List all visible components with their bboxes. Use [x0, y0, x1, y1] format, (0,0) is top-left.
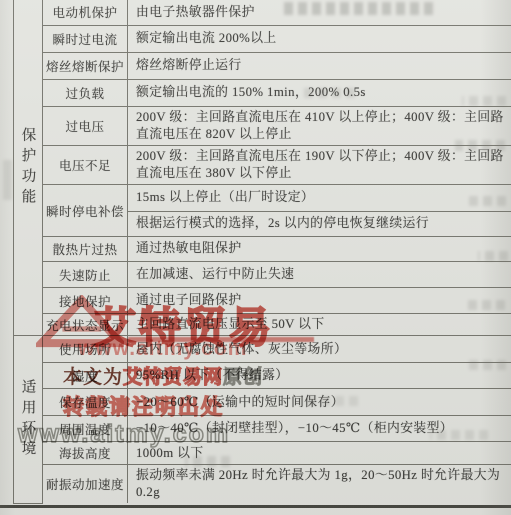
row-label: 电动机保护 — [43, 0, 128, 25]
row-label: 瞬时停电补偿 — [43, 185, 128, 237]
row-value: 额定输出电流 200%以上 — [128, 25, 511, 52]
row-value: 200V 级：主回路直流电压在 190V 以下停止；400V 级：主回路直流电压… — [128, 145, 511, 184]
table-bottom-rule — [0, 505, 511, 508]
table-row: 湿度 95%RH 以下（不得结露） — [14, 363, 511, 389]
row-value: 通过电子回路保护 — [128, 288, 511, 314]
group-header-protection: 保护功能 — [14, 0, 43, 336]
table-row: 接地保护 通过电子回路保护 — [14, 288, 511, 314]
row-value: −10～40℃（封闭壁挂型），−10～45℃（柜内安装型） — [128, 416, 511, 442]
row-value: 95%RH 以下（不得结露） — [128, 363, 511, 389]
row-label: 使用场所 — [43, 336, 128, 363]
group-header-environment: 适用环境 — [14, 336, 43, 504]
table-row: 充电状态显示 主回路直流电压显示至 50V 以下 — [14, 314, 511, 336]
table-row: 瞬时停电补偿 15ms 以上停止（出厂时设定） — [14, 185, 511, 212]
row-value: −20～60℃（运输中的短时间保存） — [128, 389, 511, 416]
table-row: 过负载 额定输出电流的 150% 1min，200% 0.5s — [14, 79, 511, 106]
table-row: 保存温度 −20～60℃（运输中的短时间保存） — [14, 389, 511, 416]
table-row: 耐振动加速度 振动频率未满 20Hz 时允许最大为 1g，20～50Hz 时允许… — [14, 465, 511, 504]
row-label: 过负载 — [43, 79, 128, 106]
row-label: 湿度 — [43, 363, 128, 389]
row-label: 过电压 — [43, 106, 128, 145]
table-row: 适用环境 使用场所 屋内（无腐蚀性气体、灰尘等场所） — [14, 336, 511, 363]
table-row: 散热片过热 通过热敏电阻保护 — [14, 237, 511, 262]
table-row: 失速防止 在加减速、运行中防止失速 — [14, 262, 511, 288]
row-label: 充电状态显示 — [43, 314, 128, 336]
row-value: 由电子热敏器件保护 — [128, 0, 511, 25]
row-value: 200V 级：主回路直流电压在 410V 以上停止；400V 级：主回路直流电压… — [128, 106, 511, 145]
row-value: 根据运行模式的选择，2s 以内的停电恢复继续运行 — [128, 212, 511, 237]
row-value: 主回路直流电压显示至 50V 以下 — [128, 314, 511, 336]
row-label: 周围温度 — [43, 416, 128, 442]
table-row: 海拔高度 1000m 以下 — [14, 442, 511, 465]
table-row: 周围温度 −10～40℃（封闭壁挂型），−10～45℃（柜内安装型） — [14, 416, 511, 442]
spec-table: 保护功能 电动机保护 由电子热敏器件保护 瞬时过电流 额定输出电流 200%以上… — [13, 0, 511, 504]
table-row: 过电压 200V 级：主回路直流电压在 410V 以上停止；400V 级：主回路… — [14, 106, 511, 145]
row-label: 熔丝熔断保护 — [43, 52, 128, 79]
row-label: 海拔高度 — [43, 442, 128, 465]
row-label: 保存温度 — [43, 389, 128, 416]
row-value: 通过热敏电阻保护 — [128, 237, 511, 262]
row-value: 15ms 以上停止（出厂时设定） — [128, 185, 511, 212]
table-row: 保护功能 电动机保护 由电子热敏器件保护 — [14, 0, 511, 25]
row-value: 振动频率未满 20Hz 时允许最大为 1g，20～50Hz 时允许最大为 0.2… — [128, 465, 511, 504]
bleed-through-artifact — [0, 160, 12, 200]
row-label: 散热片过热 — [43, 237, 128, 262]
row-value: 额定输出电流的 150% 1min，200% 0.5s — [128, 79, 511, 106]
table-row: 电压不足 200V 级：主回路直流电压在 190V 以下停止；400V 级：主回… — [14, 145, 511, 184]
row-value: 屋内（无腐蚀性气体、灰尘等场所） — [128, 336, 511, 363]
table-row: 熔丝熔断保护 熔丝熔断停止运行 — [14, 52, 511, 79]
row-label: 瞬时过电流 — [43, 25, 128, 52]
row-label: 失速防止 — [43, 262, 128, 288]
scanned-spec-page: 保护功能 电动机保护 由电子热敏器件保护 瞬时过电流 额定输出电流 200%以上… — [0, 0, 511, 515]
row-value: 在加减速、运行中防止失速 — [128, 262, 511, 288]
row-label: 耐振动加速度 — [43, 465, 128, 504]
row-label: 电压不足 — [43, 145, 128, 184]
row-value: 熔丝熔断停止运行 — [128, 52, 511, 79]
table-row: 瞬时过电流 额定输出电流 200%以上 — [14, 25, 511, 52]
row-value: 1000m 以下 — [128, 442, 511, 465]
row-label: 接地保护 — [43, 288, 128, 314]
